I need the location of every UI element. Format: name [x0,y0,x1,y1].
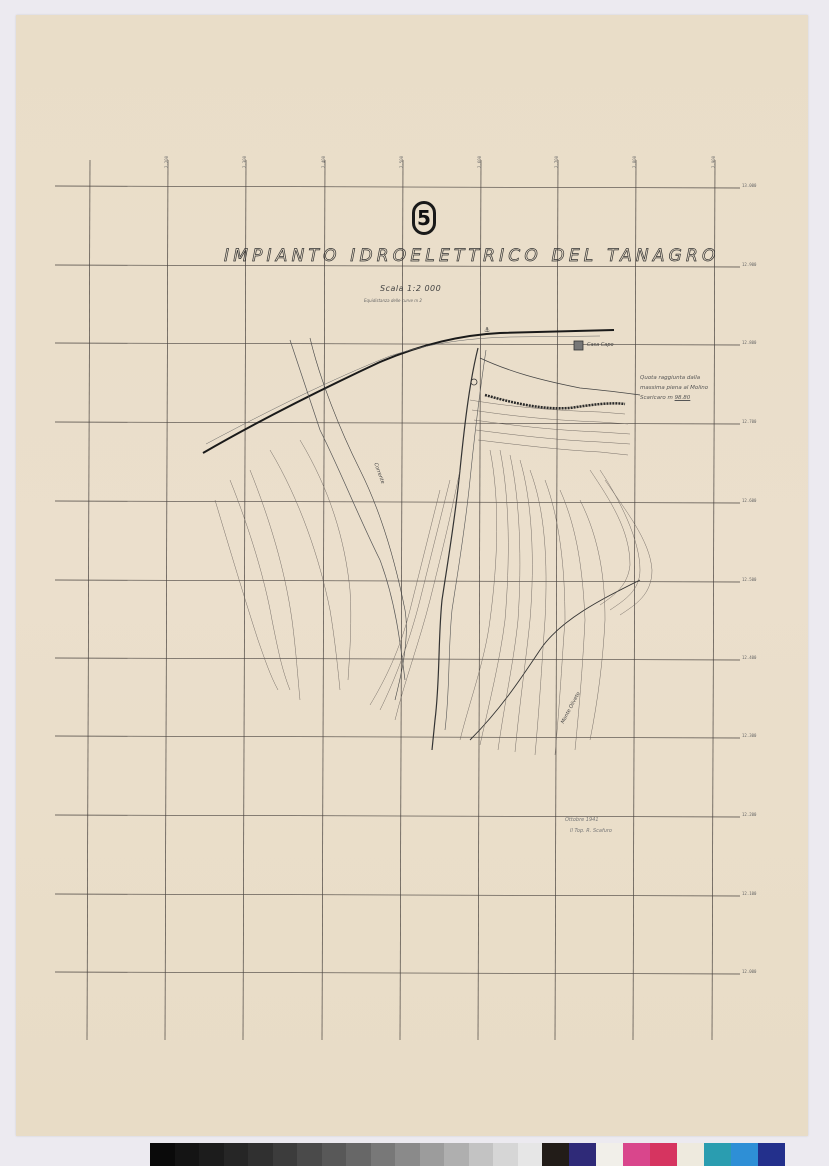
color-swatch [542,1143,569,1166]
right-tick-label: 12.200 [742,812,756,817]
right-tick-label: 12.100 [742,891,756,896]
north-marker: ⚓ [484,326,490,334]
grid-line-vertical [165,160,168,1040]
date-label: Ottobre 1941 [565,817,599,823]
gray-step-swatch [469,1143,494,1166]
color-swatch [596,1143,623,1166]
cliff-hatching [485,395,625,408]
contour-lines [215,400,652,755]
casa-capo-marker [574,341,583,350]
top-tick-label: 2.500 [399,156,404,168]
grid-line-vertical [555,160,558,1040]
grid-line-horizontal [55,894,740,896]
scale-label: Scala 1:2 000 [380,284,441,293]
color-swatch [623,1143,650,1166]
map-title: IMPIANTO IDROELETTRICO DEL TANAGRO [224,246,624,266]
gray-step-swatch [518,1143,543,1166]
gray-step-swatch [273,1143,298,1166]
top-tick-label: 2.800 [632,156,637,168]
gray-step-swatch [248,1143,273,1166]
grid-line-vertical [322,160,325,1040]
color-swatch [650,1143,677,1166]
grid-line-horizontal [55,501,740,503]
molino-marker [471,379,477,385]
top-tick-label: 2.900 [711,156,716,168]
top-tick-label: 2.700 [554,156,559,168]
gray-step-swatch [322,1143,347,1166]
annotation-line-2: massima piena al Molino [640,383,708,393]
grid-line-horizontal [55,658,740,660]
gray-step-swatch [150,1143,175,1166]
sheet-number-badge: 5 [412,201,436,235]
color-swatch [677,1143,704,1166]
right-tick-label: 12.400 [742,655,756,660]
gray-step-swatch [175,1143,200,1166]
grid-line-horizontal [55,815,740,817]
top-tick-label: 2.600 [477,156,482,168]
gray-step-swatch [199,1143,224,1166]
grid-line-horizontal [55,736,740,738]
right-tick-label: 12.600 [742,498,756,503]
surveyor-label: Il Top. R. Scafuro [570,828,612,834]
gray-step-swatch [493,1143,518,1166]
color-swatch [704,1143,731,1166]
river-channel [432,348,478,750]
track [470,580,640,740]
color-calibration-bar [150,1143,785,1166]
casa-capo-label: Casa Capo [587,342,614,348]
gray-step-swatch [444,1143,469,1166]
right-tick-label: 12.300 [742,733,756,738]
gray-step-swatch [395,1143,420,1166]
grid-line-vertical [633,160,636,1040]
right-tick-label: 12.000 [742,969,756,974]
grid-line-horizontal [55,972,740,974]
grid-line-vertical [478,160,481,1040]
right-tick-label: 12.700 [742,419,756,424]
gray-step-swatch [346,1143,371,1166]
annotation-value: 98.80 [675,395,691,401]
gray-step-swatch [297,1143,322,1166]
grid-line-vertical [87,160,90,1040]
color-swatch [569,1143,596,1166]
top-tick-label: 2.400 [321,156,326,168]
flood-level-annotation: Quota raggiunta dalla massima piena al M… [640,373,708,403]
annotation-line-3: Scaricaro m 98.80 [640,393,708,403]
annotation-prefix: Scaricaro m [640,395,673,401]
right-tick-label: 13.000 [742,183,756,188]
right-tick-label: 12.800 [742,340,756,345]
color-swatch [758,1143,785,1166]
railway-line [203,330,614,453]
grid-line-vertical [712,160,715,1040]
right-tick-label: 12.900 [742,262,756,267]
gray-step-swatch [420,1143,445,1166]
grid-line-horizontal [55,343,740,345]
river-upper [480,358,640,395]
top-tick-label: 2.200 [164,156,169,168]
grid-line-horizontal [55,422,740,424]
gray-step-swatch [371,1143,396,1166]
right-tick-label: 12.500 [742,577,756,582]
color-swatch [731,1143,758,1166]
annotation-line-1: Quota raggiunta dalla [640,373,708,383]
top-tick-label: 2.300 [242,156,247,168]
grid-line-horizontal [55,186,740,188]
topographic-map: ⚓ [0,0,829,1166]
stream [290,340,405,680]
gray-step-swatch [224,1143,249,1166]
contour-interval-label: Equidistanza delle curve m 2 [364,298,422,303]
